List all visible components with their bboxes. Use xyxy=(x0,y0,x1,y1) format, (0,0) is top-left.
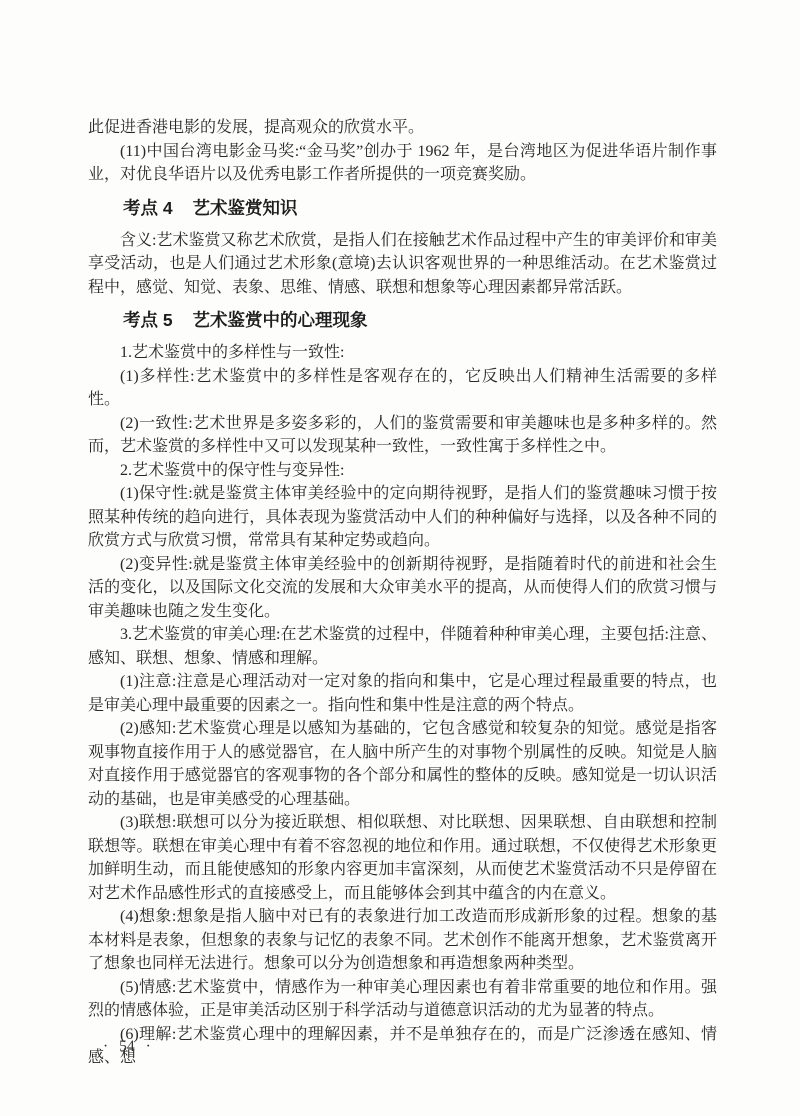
paragraph: (3)联想:联想可以分为接近联想、相似联想、对比联想、因果联想、自由联想和控制联… xyxy=(88,811,717,905)
paragraph: 1.艺术鉴赏中的多样性与一致性: xyxy=(88,341,717,365)
footer-dot: · xyxy=(103,1038,108,1056)
paragraph: (4)想象:想象是指人脑中对已有的表象进行加工改造而形成新形象的过程。想象的基本… xyxy=(88,905,717,976)
section-heading-kaodian-4: 考点 4 艺术鉴赏知识 xyxy=(123,196,717,220)
paragraph: (1)多样性:艺术鉴赏中的多样性是客观存在的，它反映出人们精神生活需要的多样性。 xyxy=(88,365,717,412)
paragraph: (2)变异性:就是鉴赏主体审美经验中的创新期待视野，是指随着时代的前进和社会生活… xyxy=(88,553,717,624)
page-number: 54 xyxy=(119,1038,135,1056)
paragraph: (2)感知:艺术鉴赏心理是以感知为基础的，它包含感觉和较复杂的知觉。感觉是指客观… xyxy=(88,717,717,811)
page-content: 此促进香港电影的发展，提高观众的欣赏水平。 (11)中国台湾电影金马奖:“金马奖… xyxy=(88,116,717,1070)
page-footer: · 54 · xyxy=(103,1038,151,1056)
section-heading-kaodian-5: 考点 5 艺术鉴赏中的心理现象 xyxy=(123,308,717,332)
paragraph: (1)注意:注意是心理活动对一定对象的指向和集中，它是心理过程最重要的特点，也是… xyxy=(88,670,717,717)
paragraph: (2)一致性:艺术世界是多姿多彩的，人们的鉴赏需要和审美趣味也是多种多样的。然而… xyxy=(88,412,717,459)
book-page: 此促进香港电影的发展，提高观众的欣赏水平。 (11)中国台湾电影金马奖:“金马奖… xyxy=(0,0,800,1116)
paragraph-continuation: 此促进香港电影的发展，提高观众的欣赏水平。 xyxy=(88,116,717,140)
paragraph: 含义:艺术鉴赏又称艺术欣赏，是指人们在接触艺术作品过程中产生的审美评价和审美享受… xyxy=(88,229,717,300)
heading-title: 艺术鉴赏中的心理现象 xyxy=(192,310,367,330)
heading-title: 艺术鉴赏知识 xyxy=(192,198,297,218)
paragraph: (5)情感:艺术鉴赏中，情感作为一种审美心理因素也有着非常重要的地位和作用。强烈… xyxy=(88,976,717,1023)
heading-number: 考点 5 xyxy=(123,310,173,330)
paragraph: 2.艺术鉴赏中的保守性与变异性: xyxy=(88,459,717,483)
heading-number: 考点 4 xyxy=(123,198,173,218)
paragraph: (6)理解:艺术鉴赏心理中的理解因素，并不是单独存在的，而是广泛渗透在感知、情感… xyxy=(88,1023,717,1070)
paragraph: 3.艺术鉴赏的审美心理:在艺术鉴赏的过程中，伴随着种种审美心理，主要包括:注意、… xyxy=(88,623,717,670)
paragraph: (1)保守性:就是鉴赏主体审美经验中的定向期待视野，是指人们的鉴赏趣味习惯于按照… xyxy=(88,482,717,553)
footer-dot: · xyxy=(146,1038,151,1056)
paragraph: (11)中国台湾电影金马奖:“金马奖”创办于 1962 年，是台湾地区为促进华语… xyxy=(88,140,717,187)
